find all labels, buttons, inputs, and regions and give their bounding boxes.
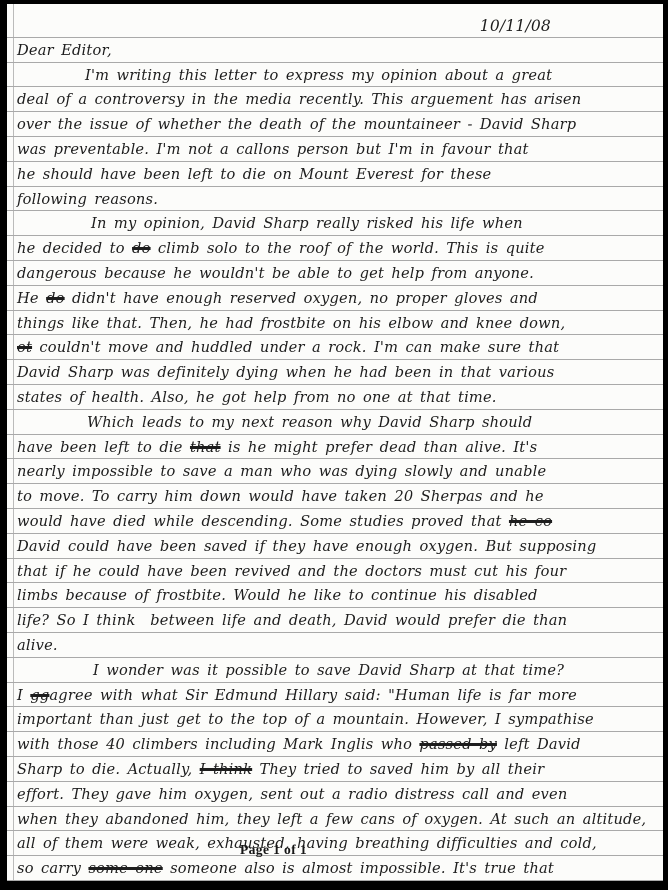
handwritten-line: have been left to die that is he might p…	[7, 435, 663, 460]
text-segment: alive.	[17, 637, 58, 654]
crossed-out-word: gg	[30, 687, 49, 704]
text-segment: life? So I think between life and death,…	[17, 612, 567, 629]
text-segment: deal of a controversy in the media recen…	[17, 91, 581, 108]
crossed-out-word: do	[132, 240, 151, 257]
handwritten-line: effort. They gave him oxygen, sent out a…	[7, 782, 663, 807]
text-segment: I'm writing this letter to express my op…	[85, 67, 552, 84]
text-segment: David Sharp was definitely dying when he…	[17, 364, 554, 381]
crossed-out-word: do	[46, 290, 65, 307]
crossed-out-word: ot	[17, 339, 32, 356]
handwritten-line: following reasons.	[7, 187, 663, 212]
handwritten-line: when they abandoned him, they left a few…	[7, 807, 663, 832]
handwritten-line: I wonder was it possible to save David S…	[7, 658, 663, 683]
handwritten-line: limbs because of frostbite. Would he lik…	[7, 583, 663, 608]
handwritten-line: so carry some one someone also is almost…	[7, 856, 663, 881]
scanned-letter: 10/11/08Dear Editor,I'm writing this let…	[0, 0, 668, 890]
page-number-footer: Page 1 of 1	[240, 842, 307, 858]
text-segment: 10/11/08	[480, 17, 551, 35]
text-segment: left David	[497, 736, 581, 753]
text-segment: climb solo to the roof of the world. Thi…	[151, 240, 545, 257]
text-segment: is he might prefer dead than alive. It's	[221, 439, 538, 456]
handwritten-line: He do didn't have enough reserved oxygen…	[7, 286, 663, 311]
text-segment: have been left to die	[17, 439, 190, 456]
text-segment: limbs because of frostbite. Would he lik…	[17, 587, 538, 604]
text-segment: to move. To carry him down would have ta…	[17, 488, 544, 505]
text-segment: someone also is almost impossible. It's …	[163, 860, 554, 877]
text-segment: David could have been saved if they have…	[17, 538, 596, 555]
text-segment: when they abandoned him, they left a few…	[17, 811, 646, 828]
handwritten-line: dangerous because he wouldn't be able to…	[7, 261, 663, 286]
text-segment: effort. They gave him oxygen, sent out a…	[17, 786, 567, 803]
handwritten-line: over the issue of whether the death of t…	[7, 112, 663, 137]
text-segment: important than just get to the top of a …	[17, 711, 594, 728]
handwritten-line: to move. To carry him down would have ta…	[7, 484, 663, 509]
handwritten-line: deal of a controversy in the media recen…	[7, 87, 663, 112]
handwritten-line: life? So I think between life and death,…	[7, 608, 663, 633]
handwritten-line: with those 40 climbers including Mark In…	[7, 732, 663, 757]
handwritten-line: Which leads to my next reason why David …	[7, 410, 663, 435]
handwritten-line: important than just get to the top of a …	[7, 707, 663, 732]
handwritten-line: Sharp to die. Actually, I think They tri…	[7, 757, 663, 782]
handwritten-line: that if he could have been revived and t…	[7, 559, 663, 584]
text-segment: that if he could have been revived and t…	[17, 563, 566, 580]
handwritten-line: all of them were weak, exhausted, having…	[7, 831, 663, 856]
handwritten-line: would have died while descending. Some s…	[7, 509, 663, 534]
text-segment: over the issue of whether the death of t…	[17, 116, 576, 133]
text-segment: didn't have enough reserved oxygen, no p…	[65, 290, 538, 307]
text-segment: I	[17, 687, 30, 704]
text-segment: They tried to saved him by all their	[252, 761, 544, 778]
handwritten-line: I ggagree with what Sir Edmund Hillary s…	[7, 683, 663, 708]
text-segment: I wonder was it possible to save David S…	[93, 662, 564, 679]
letter-page: 10/11/08Dear Editor,I'm writing this let…	[7, 4, 663, 881]
handwritten-line: 10/11/08	[7, 13, 663, 38]
crossed-out-word: that	[190, 439, 221, 456]
text-segment: was preventable. I'm not a callons perso…	[17, 141, 529, 158]
text-segment: agree with what Sir Edmund Hillary said:…	[49, 687, 577, 704]
text-segment: states of health. Also, he got help from…	[17, 389, 497, 406]
crossed-out-word: passed by	[419, 736, 497, 753]
text-segment: so carry	[17, 860, 88, 877]
handwritten-line: he should have been left to die on Mount…	[7, 162, 663, 187]
handwritten-line: was preventable. I'm not a callons perso…	[7, 137, 663, 162]
handwritten-line: things like that. Then, he had frostbite…	[7, 311, 663, 336]
text-segment: things like that. Then, he had frostbite…	[17, 315, 565, 332]
handwritten-line: I'm writing this letter to express my op…	[7, 63, 663, 88]
text-segment: In my opinion, David Sharp really risked…	[91, 215, 523, 232]
crossed-out-word: I think	[200, 761, 252, 778]
text-segment: with those 40 climbers including Mark In…	[17, 736, 419, 753]
text-segment: Dear Editor,	[17, 42, 112, 59]
handwritten-line: states of health. Also, he got help from…	[7, 385, 663, 410]
text-segment: couldn't move and huddled under a rock. …	[32, 339, 559, 356]
handwritten-line: David Sharp was definitely dying when he…	[7, 360, 663, 385]
handwritten-line: David could have been saved if they have…	[7, 534, 663, 559]
text-segment: He	[17, 290, 46, 307]
text-segment: he should have been left to die on Mount…	[17, 166, 491, 183]
text-segment: he decided to	[17, 240, 132, 257]
crossed-out-word: some one	[88, 860, 162, 877]
handwritten-line: nearly impossible to save a man who was …	[7, 459, 663, 484]
text-segment: following reasons.	[17, 191, 158, 208]
handwritten-line: Dear Editor,	[7, 38, 663, 63]
handwritten-line: ot couldn't move and huddled under a roc…	[7, 335, 663, 360]
handwritten-line: he decided to do climb solo to the roof …	[7, 236, 663, 261]
text-segment: nearly impossible to save a man who was …	[17, 463, 546, 480]
handwritten-line: alive.	[7, 633, 663, 658]
text-segment: Which leads to my next reason why David …	[87, 414, 532, 431]
handwritten-line: In my opinion, David Sharp really risked…	[7, 211, 663, 236]
text-segment: Sharp to die. Actually,	[17, 761, 200, 778]
handwriting-area: 10/11/08Dear Editor,I'm writing this let…	[7, 13, 663, 881]
text-segment: would have died while descending. Some s…	[17, 513, 509, 530]
crossed-out-word: he co	[509, 513, 552, 530]
text-segment: dangerous because he wouldn't be able to…	[17, 265, 534, 282]
